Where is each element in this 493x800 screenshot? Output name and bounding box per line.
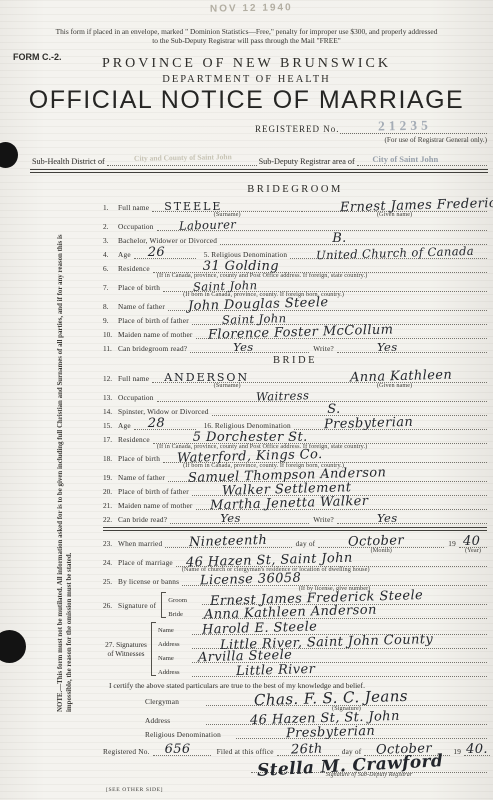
address-label: Address <box>158 669 192 677</box>
clergyman-religion-row: Religious Denomination Presbyterian <box>145 725 487 739</box>
clergyman-religion: Presbyterian <box>286 724 376 741</box>
bride-signature-row: Bride Anna Kathleen Anderson <box>168 605 487 619</box>
sub-health-district-label: Sub-Health District of <box>30 157 107 166</box>
field-number: 6. <box>103 264 118 273</box>
registrar-signature-row: Stella M. Crawford Signature of Sub-Depu… <box>103 756 487 773</box>
clergyman-blank: Chas. F. S. C. Jeans (Signature) <box>206 692 487 706</box>
field-number: 9. <box>103 316 118 325</box>
mail-instructions: This form if placed in an envelope, mark… <box>0 27 493 46</box>
brace <box>151 622 156 676</box>
field-10-mother-maiden-name: 10. Maiden name of mother Florence Foste… <box>103 325 487 339</box>
province-heading: PROVINCE OF NEW BRUNSWICK <box>0 56 493 72</box>
registered-number-stamp: 21235 <box>377 118 431 135</box>
write-label: Write? <box>309 515 337 524</box>
name-label: Name <box>158 655 192 663</box>
field-label: Residence <box>118 435 153 444</box>
field-number: 22. <box>103 515 118 524</box>
field-label: When married <box>118 539 165 548</box>
clergyman-address-row: Address 46 Hazen St, St. John <box>145 711 487 725</box>
signature-of-labelwrap: 26. Signature of <box>103 601 159 610</box>
margin-note: NOTE.—This form must not be mutilated. A… <box>57 212 75 712</box>
form-body: BRIDEGROOM 1. Full name STEELE (Surname)… <box>103 184 487 773</box>
see-other-side-note: [SEE OTHER SIDE] <box>106 787 163 793</box>
registrar-signature-blank: Stella M. Crawford Signature of Sub-Depu… <box>251 759 487 773</box>
field-22-literacy: 22. Can bride read? Yes Write? Yes <box>103 510 487 524</box>
given-name-blank: Anna Kathleen (Given name) <box>302 369 487 383</box>
field-23-when-married: 23. When married Nineteenth day of Octob… <box>103 534 487 548</box>
read-blank: Yes <box>190 339 309 353</box>
field-blank: B. <box>220 231 487 245</box>
read-value: Yes <box>220 511 241 525</box>
header-divider <box>30 169 488 173</box>
field-label: Age <box>118 421 134 430</box>
field-label: Occupation <box>118 222 157 231</box>
registrar-sublabel: Signature of Sub-Deputy Registrar <box>251 772 487 778</box>
witness2-name-row: Name Arvilla Steele <box>158 649 487 663</box>
field-9-father-birthplace: 9. Place of birth of father Saint John <box>103 311 487 325</box>
field-number: 11. <box>103 344 118 353</box>
day-value: Nineteenth <box>189 533 268 550</box>
field-20-father-birthplace: 20. Place of birth of father Walker Sett… <box>103 482 487 496</box>
field-label: Full name <box>118 374 152 383</box>
field-blank: Labourer <box>157 217 487 231</box>
registered-no-label: REGISTERED No. <box>255 124 340 134</box>
field-7-birthplace: 7. Place of birth Saint John (If born in… <box>103 278 487 292</box>
field-number: 4. <box>103 250 118 259</box>
district-line: Sub-Health District of City and County o… <box>30 152 487 166</box>
clergyman-label: Clergyman <box>145 697 206 706</box>
filed-year-blank: 40. <box>464 742 490 756</box>
scanned-marriage-form: NOV 12 1940 This form if placed in an en… <box>0 0 493 800</box>
field-number: 3. <box>103 236 118 245</box>
age-value: 26 <box>148 245 165 260</box>
field-blank: Waterford, Kings Co. (If born in Canada,… <box>163 449 487 463</box>
hole-punch-top <box>0 142 18 168</box>
section-divider <box>103 527 487 531</box>
field-label: Occupation <box>118 393 157 402</box>
witnesses-labelwrap: 27. Signatures of Witnesses <box>103 640 149 659</box>
witness2-address-row: Address Little River <box>158 663 487 677</box>
field-label: Maiden name of mother <box>118 501 196 510</box>
field-number: 23. <box>103 539 118 548</box>
registrar-general-note: (For use of Registrar General only.) <box>255 136 487 144</box>
field-number: 8. <box>103 302 118 311</box>
sub-deputy-area-label: Sub-Deputy Registrar area of <box>257 157 357 166</box>
clergyman-religion-blank: Presbyterian <box>236 725 487 739</box>
field-number: 21. <box>103 501 118 510</box>
field-blank: Waitress <box>157 388 487 402</box>
witness1-address-row: Address Little River, Saint John County <box>158 635 487 649</box>
field-blank: S. <box>212 402 487 416</box>
field-label: Spinster, Widow or Divorced <box>118 407 212 416</box>
write-value: Yes <box>377 340 398 354</box>
field-number: 7. <box>103 283 118 292</box>
witness1-name-blank: Harold E. Steele <box>192 621 487 635</box>
field-number: 10. <box>103 330 118 339</box>
field-26-signatures: 26. Signature of Groom Ernest James Fred… <box>103 591 487 619</box>
field-blank: Saint John (If born in Canada, province,… <box>163 278 487 292</box>
page-title: OFFICIAL NOTICE OF MARRIAGE <box>0 86 493 115</box>
filed-label: Filed at this office <box>211 747 277 756</box>
registered-no-line: REGISTERED No. 21235 <box>255 120 487 134</box>
field-label: Place of birth of father <box>118 316 192 325</box>
sub-deputy-area-blank: City of Saint John <box>357 152 487 166</box>
filed-year-value: 40. <box>466 742 488 757</box>
field-value: B. <box>332 231 347 246</box>
area-stamp: City of Saint John <box>372 154 438 164</box>
mail-instructions-line1: This form if placed in an envelope, mark… <box>0 27 493 36</box>
field-label: Religious Denomination <box>215 421 294 430</box>
write-blank: Yes <box>337 510 487 524</box>
field-label: Can bride read? <box>118 515 170 524</box>
age-blank: 28 <box>134 416 196 430</box>
field-14-marital-status: 14. Spinster, Widow or Divorced S. <box>103 402 487 416</box>
registered-value: 656 <box>165 742 191 757</box>
field-number: 12. <box>103 374 118 383</box>
field-8-father-name: 8. Name of father John Douglas Steele <box>103 297 487 311</box>
address-label: Address <box>145 716 206 725</box>
filed-day-blank: 26th <box>277 742 339 756</box>
bride-signature-blank: Anna Kathleen Anderson <box>202 605 487 619</box>
field-label: Religious Denomination <box>211 250 290 259</box>
surname-blank: ANDERSON (Surname) <box>152 369 302 383</box>
clergyman-row: Clergyman Chas. F. S. C. Jeans (Signatur… <box>145 692 487 706</box>
field-number: 19. <box>103 473 118 482</box>
age-value: 28 <box>148 416 165 431</box>
field-label: Place of birth <box>118 454 163 463</box>
field-2-occupation: 2. Occupation Labourer <box>103 217 487 231</box>
field-number: 1. <box>103 203 118 212</box>
section-title-bride: BRIDE <box>103 355 487 369</box>
read-value: Yes <box>233 340 254 354</box>
field-number: 24. <box>103 558 118 567</box>
registered-label: Registered No. <box>103 747 153 756</box>
name-label: Name <box>158 627 192 635</box>
field-label: Name of father <box>118 302 168 311</box>
groom-label: Groom <box>168 597 202 605</box>
field-24-place-of-marriage: 24. Place of marriage 46 Hazen St, Saint… <box>103 553 487 567</box>
field-19-father-name: 19. Name of father Samuel Thompson Ander… <box>103 468 487 482</box>
witness-rows: Name Harold E. Steele Address Little Riv… <box>158 621 487 677</box>
witness1-address-blank: Little River, Saint John County <box>192 635 487 649</box>
field-11-literacy: 11. Can bridegroom read? Yes Write? Yes <box>103 339 487 353</box>
religion-blank: Presbyterian <box>294 416 487 430</box>
witness2-name-blank: Arvilla Steele <box>192 649 487 663</box>
field-18-birthplace: 18. Place of birth Waterford, Kings Co. … <box>103 449 487 463</box>
field-blank: John Douglas Steele <box>168 297 487 311</box>
field-label: Signature of <box>118 601 159 610</box>
field-number: 20. <box>103 487 118 496</box>
field-blank: License 36058 (If by license, give numbe… <box>182 572 487 586</box>
brace <box>161 592 166 618</box>
field-number: 27. <box>105 640 114 649</box>
field-number: 15. <box>103 421 118 430</box>
field-blank: 5 Dorchester St. (If in Canada, province… <box>153 430 487 444</box>
received-date-stamp: NOV 12 1940 <box>210 2 293 14</box>
field-value: S. <box>327 402 340 417</box>
registered-no-blank: 21235 <box>340 120 488 134</box>
bride-label: Bride <box>168 611 202 619</box>
field-number: 2. <box>103 222 118 231</box>
filed-day-value: 26th <box>291 742 323 758</box>
field-number: 26. <box>103 601 118 610</box>
field-blank: 31 Golding (If in Canada, province, coun… <box>153 259 487 273</box>
section-title-bridegroom: BRIDEGROOM <box>103 184 487 198</box>
given-name-blank: Ernest James Frederick (Given name) <box>302 198 487 212</box>
month-blank: October (Month) <box>318 534 444 548</box>
field-number: 18. <box>103 454 118 463</box>
field-label: Maiden name of mother <box>118 330 196 339</box>
field-label: Place of birth <box>118 283 163 292</box>
signature-rows: Groom Ernest James Frederick Steele Brid… <box>168 591 487 619</box>
hole-punch-bottom <box>0 630 26 663</box>
field-3-marital-status: 3. Bachelor, Widower or Divorced B. <box>103 231 487 245</box>
write-label: Write? <box>309 344 337 353</box>
field-label: By license or banns <box>118 577 182 586</box>
write-value: Yes <box>377 511 398 525</box>
age-blank: 26 <box>134 245 196 259</box>
surname-blank: STEELE (Surname) <box>152 198 302 212</box>
field-label: Place of birth of father <box>118 487 192 496</box>
field-17-residence: 17. Residence 5 Dorchester St. (If in Ca… <box>103 430 487 444</box>
field-label: Name of father <box>118 473 168 482</box>
field-21-mother-maiden-name: 21. Maiden name of mother Martha Jenetta… <box>103 496 487 510</box>
witness2-address-blank: Little River <box>192 663 487 677</box>
witness1-name-row: Name Harold E. Steele <box>158 621 487 635</box>
field-label: Full name <box>118 203 152 212</box>
mail-instructions-line2: to the Sub-Deputy Registrar will pass th… <box>0 36 493 45</box>
field-25-license-or-banns: 25. By license or banns License 36058 (I… <box>103 572 487 586</box>
district-stamp: City and County of Saint John <box>134 152 232 163</box>
field-label: Residence <box>118 264 153 273</box>
field-label: Signatures of Witnesses <box>107 640 146 658</box>
field-label: Can bridegroom read? <box>118 344 190 353</box>
field-blank: 46 Hazen St, Saint John (Name of church … <box>176 553 487 567</box>
field-12-full-name: 12. Full name ANDERSON (Surname) Anna Ka… <box>103 369 487 383</box>
field-label: Place of marriage <box>118 558 176 567</box>
field-label: Bachelor, Widower or Divorced <box>118 236 220 245</box>
year-prefix: 19 <box>444 539 459 548</box>
clergyman-address-blank: 46 Hazen St, St. John <box>206 711 487 725</box>
write-blank: Yes <box>337 339 487 353</box>
field-number: 13. <box>103 393 118 402</box>
religion-blank: United Church of Canada <box>290 245 487 259</box>
field-6-residence: 6. Residence 31 Golding (If in Canada, p… <box>103 259 487 273</box>
address-label: Address <box>158 641 192 649</box>
witness2-address: Little River <box>236 662 316 679</box>
field-4-5-age-religion: 4. Age 26 5. Religious Denomination Unit… <box>103 245 487 259</box>
sub-health-district-blank: City and County of Saint John <box>107 152 257 166</box>
field-number: 14. <box>103 407 118 416</box>
day-of-label: day of <box>292 539 319 548</box>
field-blank: Martha Jenetta Walker <box>196 496 487 510</box>
field-label: Age <box>118 250 134 259</box>
field-15-16-age-religion: 15. Age 28 16. Religious Denomination Pr… <box>103 416 487 430</box>
day-blank: Nineteenth <box>165 534 291 548</box>
year-prefix: 19 <box>450 747 464 756</box>
registered-blank: 656 <box>153 742 211 756</box>
field-number: 16. <box>204 421 215 430</box>
field-number: 25. <box>103 577 118 586</box>
field-1-full-name: 1. Full name STEELE (Surname) Ernest Jam… <box>103 198 487 212</box>
field-number: 17. <box>103 435 118 444</box>
field-13-occupation: 13. Occupation Waitress <box>103 388 487 402</box>
department-heading: DEPARTMENT OF HEALTH <box>0 74 493 85</box>
field-27-witnesses: 27. Signatures of Witnesses Name Harold … <box>103 621 487 677</box>
religion-label: Religious Denomination <box>145 730 236 739</box>
year-blank: 40 (Year) <box>459 534 487 548</box>
field-number: 5. <box>204 250 211 259</box>
field-blank: Florence Foster McCollum <box>196 325 487 339</box>
read-blank: Yes <box>170 510 309 524</box>
